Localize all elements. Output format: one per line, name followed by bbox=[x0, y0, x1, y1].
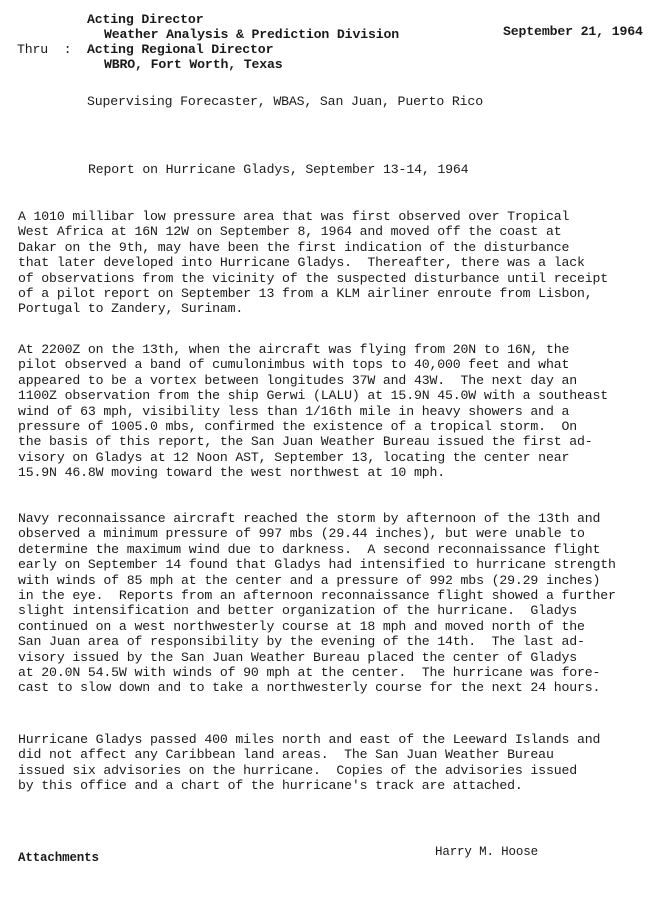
text-line: slight intensification and better organi… bbox=[18, 603, 657, 618]
paragraph-summary: Hurricane Gladys passed 400 miles north … bbox=[18, 732, 657, 794]
text-line: Dakar on the 9th, may have been the firs… bbox=[18, 240, 657, 255]
text-line: early on September 14 found that Gladys … bbox=[18, 557, 657, 572]
addressee-division: Weather Analysis & Prediction Division bbox=[104, 27, 399, 42]
text-line: West Africa at 16N 12W on September 8, 1… bbox=[18, 224, 657, 239]
subject-line: Report on Hurricane Gladys, September 13… bbox=[88, 162, 468, 177]
thru-office: WBRO, Fort Worth, Texas bbox=[104, 57, 283, 72]
addressee-title: Acting Director bbox=[87, 12, 203, 27]
text-line: of observations from the vicinity of the… bbox=[18, 271, 657, 286]
thru-label: Thru : bbox=[17, 42, 71, 57]
text-line: visory issued by the San Juan Weather Bu… bbox=[18, 650, 657, 665]
text-line: observed a minimum pressure of 997 mbs (… bbox=[18, 526, 657, 541]
text-line: pilot observed a band of cumulonimbus wi… bbox=[18, 357, 657, 372]
text-line: determine the maximum wind due to darkne… bbox=[18, 542, 657, 557]
paragraph-origin: A 1010 millibar low pressure area that w… bbox=[18, 209, 657, 317]
text-line: At 2200Z on the 13th, when the aircraft … bbox=[18, 342, 657, 357]
text-line: continued on a west northwesterly course… bbox=[18, 619, 657, 634]
text-line: A 1010 millibar low pressure area that w… bbox=[18, 209, 657, 224]
signature-name: Harry M. Hoose bbox=[435, 845, 538, 860]
text-line: visory on Gladys at 12 Noon AST, Septemb… bbox=[18, 450, 657, 465]
text-line: at 20.0N 54.5W with winds of 90 mph at t… bbox=[18, 665, 657, 680]
text-line: San Juan area of responsibility by the e… bbox=[18, 634, 657, 649]
text-line: 15.9N 46.8W moving toward the west north… bbox=[18, 465, 657, 480]
text-line: appeared to be a vortex between longitud… bbox=[18, 373, 657, 388]
text-line: did not affect any Caribbean land areas.… bbox=[18, 747, 657, 762]
text-line: Navy reconnaissance aircraft reached the… bbox=[18, 511, 657, 526]
text-line: with winds of 85 mph at the center and a… bbox=[18, 573, 657, 588]
sender: Supervising Forecaster, WBAS, San Juan, … bbox=[87, 94, 483, 109]
text-line: issued six advisories on the hurricane. … bbox=[18, 763, 657, 778]
text-line: 1100Z observation from the ship Gerwi (L… bbox=[18, 388, 657, 403]
text-line: cast to slow down and to take a northwes… bbox=[18, 680, 657, 695]
text-line: in the eye. Reports from an afternoon re… bbox=[18, 588, 657, 603]
text-line: pressure of 1005.0 mbs, confirmed the ex… bbox=[18, 419, 657, 434]
text-line: by this office and a chart of the hurric… bbox=[18, 778, 657, 793]
text-line: wind of 63 mph, visibility less than 1/1… bbox=[18, 404, 657, 419]
text-line: the basis of this report, the San Juan W… bbox=[18, 434, 657, 449]
text-line: that later developed into Hurricane Glad… bbox=[18, 255, 657, 270]
text-line: Portugal to Zandery, Surinam. bbox=[18, 301, 657, 316]
text-line: Hurricane Gladys passed 400 miles north … bbox=[18, 732, 657, 747]
thru-title: Acting Regional Director bbox=[87, 42, 273, 57]
memo-date: September 21, 1964 bbox=[503, 24, 643, 39]
paragraph-reconnaissance: Navy reconnaissance aircraft reached the… bbox=[18, 511, 657, 696]
attachments-note: Attachments bbox=[18, 851, 99, 866]
text-line: of a pilot report on September 13 from a… bbox=[18, 286, 657, 301]
paragraph-first-advisory: At 2200Z on the 13th, when the aircraft … bbox=[18, 342, 657, 481]
